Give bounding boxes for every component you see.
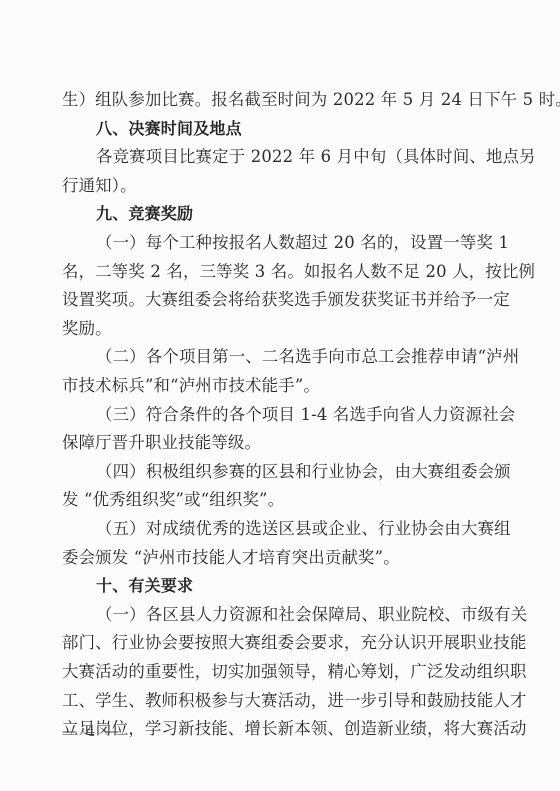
section-heading: 八、决赛时间及地点: [96, 118, 536, 140]
document-page: 生）组队参加比赛。报名截至时间为 2022 年 5 月 24 日下午 5 时。八…: [0, 0, 560, 791]
paragraph-line: 行通知）。: [62, 175, 502, 197]
paragraph-line: 工、学生、教师积极参与大赛活动，进一步引导和鼓励技能人才: [62, 690, 502, 712]
paragraph-line: （一）每个工种按报名人数超过 20 名的，设置一等奖 1: [96, 232, 502, 254]
paragraph-line: 发 “优秀组织奖”或“组织奖”。: [62, 489, 502, 511]
paragraph-line: 生）组队参加比赛。报名截至时间为 2022 年 5 月 24 日下午 5 时。: [62, 89, 502, 111]
page-number: — 4 —: [62, 722, 121, 740]
paragraph-line: （一）各区县人力资源和社会保障局、职业院校、市级有关: [96, 604, 502, 626]
paragraph-line: 立足岗位，学习新技能、增长新本领、创造新业绩，将大赛活动: [62, 718, 502, 740]
paragraph-line: 市技术标兵”和“泸州市技术能手”。: [62, 375, 502, 397]
paragraph-line: 大赛活动的重要性，切实加强领导，精心筹划，广泛发动组织职: [62, 661, 502, 683]
paragraph-line: （三）符合条件的各个项目 1-4 名选手向省人力资源社会: [96, 404, 502, 426]
paragraph-line: 保障厅晋升职业技能等级。: [62, 432, 502, 454]
section-heading: 九、竞赛奖励: [96, 203, 536, 225]
paragraph-line: （二）各个项目第一、二名选手向市总工会推荐申请“泸州: [96, 346, 502, 368]
paragraph-line: （五）对成绩优秀的选送区县或企业、行业协会由大赛组: [96, 518, 502, 540]
paragraph-line: 名，二等奖 2 名，三等奖 3 名。如报名人数不足 20 人，按比例: [62, 261, 502, 283]
paragraph-line: （四）积极组织参赛的区县和行业协会，由大赛组委会颁: [96, 461, 502, 483]
paragraph-line: 奖励。: [62, 318, 502, 340]
paragraph-line: 各竞赛项目比赛定于 2022 年 6 月中旬（具体时间、地点另: [96, 146, 502, 168]
paragraph-line: 委会颁发 “泸州市技能人才培育突出贡献奖”。: [62, 547, 502, 569]
paragraph-line: 部门、行业协会要按照大赛组委会要求，充分认识开展职业技能: [62, 632, 502, 654]
section-heading: 十、有关要求: [96, 575, 536, 597]
paragraph-line: 设置奖项。大赛组委会将给获奖选手颁发获奖证书并给予一定: [62, 289, 502, 311]
